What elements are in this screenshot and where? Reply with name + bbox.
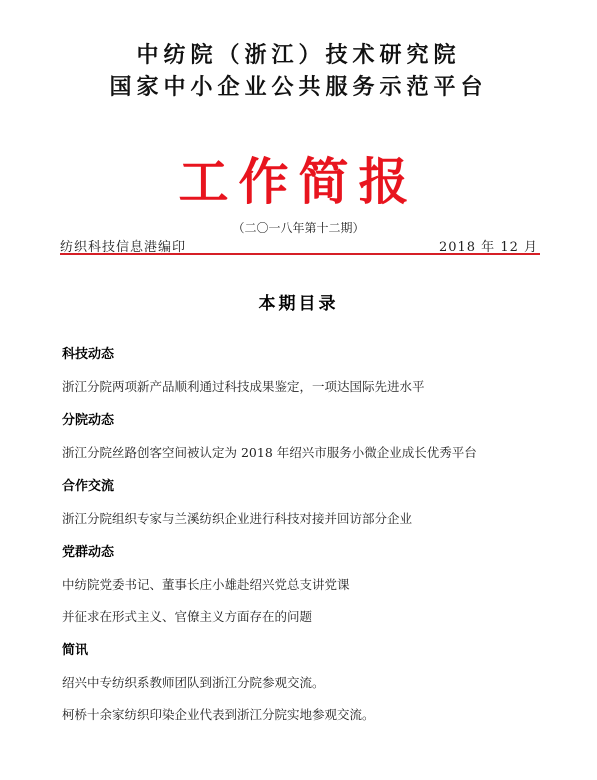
toc-section-heading: 党群动态	[62, 543, 542, 563]
toc-item[interactable]: 柯桥十余家纺织印染企业代表到浙江分院实地参观交流。	[62, 705, 542, 725]
toc-section-heading: 分院动态	[62, 411, 542, 431]
toc-item[interactable]: 绍兴中专纺织系教师团队到浙江分院参观交流。	[62, 673, 542, 693]
toc-section-heading: 合作交流	[62, 477, 542, 497]
toc-section-heading: 科技动态	[62, 345, 542, 365]
toc-item[interactable]: 浙江分院丝路创客空间被认定为 2018 年绍兴市服务小微企业成长优秀平台	[62, 443, 542, 463]
header-divider	[60, 253, 540, 255]
organization-name: 中纺院（浙江）技术研究院	[0, 38, 597, 69]
bulletin-title: 工作简报	[0, 152, 597, 212]
toc-item[interactable]: 中纺院党委书记、董事长庄小雄赴绍兴党总支讲党课	[62, 575, 542, 595]
platform-name: 国家中小企业公共服务示范平台	[0, 70, 597, 101]
publication-meta: 纺织科技信息港编印 2018 年 12 月	[60, 236, 538, 254]
toc-item[interactable]: 浙江分院组织专家与兰溪纺织企业进行科技对接并回访部分企业	[62, 509, 542, 529]
toc-item[interactable]: 浙江分院两项新产品顺利通过科技成果鉴定，一项达国际先进水平	[62, 377, 542, 397]
toc-item[interactable]: 并征求在形式主义、官僚主义方面存在的问题	[62, 607, 542, 627]
issue-number: （二〇一八年第十二期）	[0, 219, 597, 236]
toc-title: 本期目录	[0, 289, 597, 314]
table-of-contents: 科技动态 浙江分院两项新产品顺利通过科技成果鉴定，一项达国际先进水平 分院动态 …	[62, 345, 542, 725]
toc-section-heading: 简讯	[62, 641, 542, 661]
